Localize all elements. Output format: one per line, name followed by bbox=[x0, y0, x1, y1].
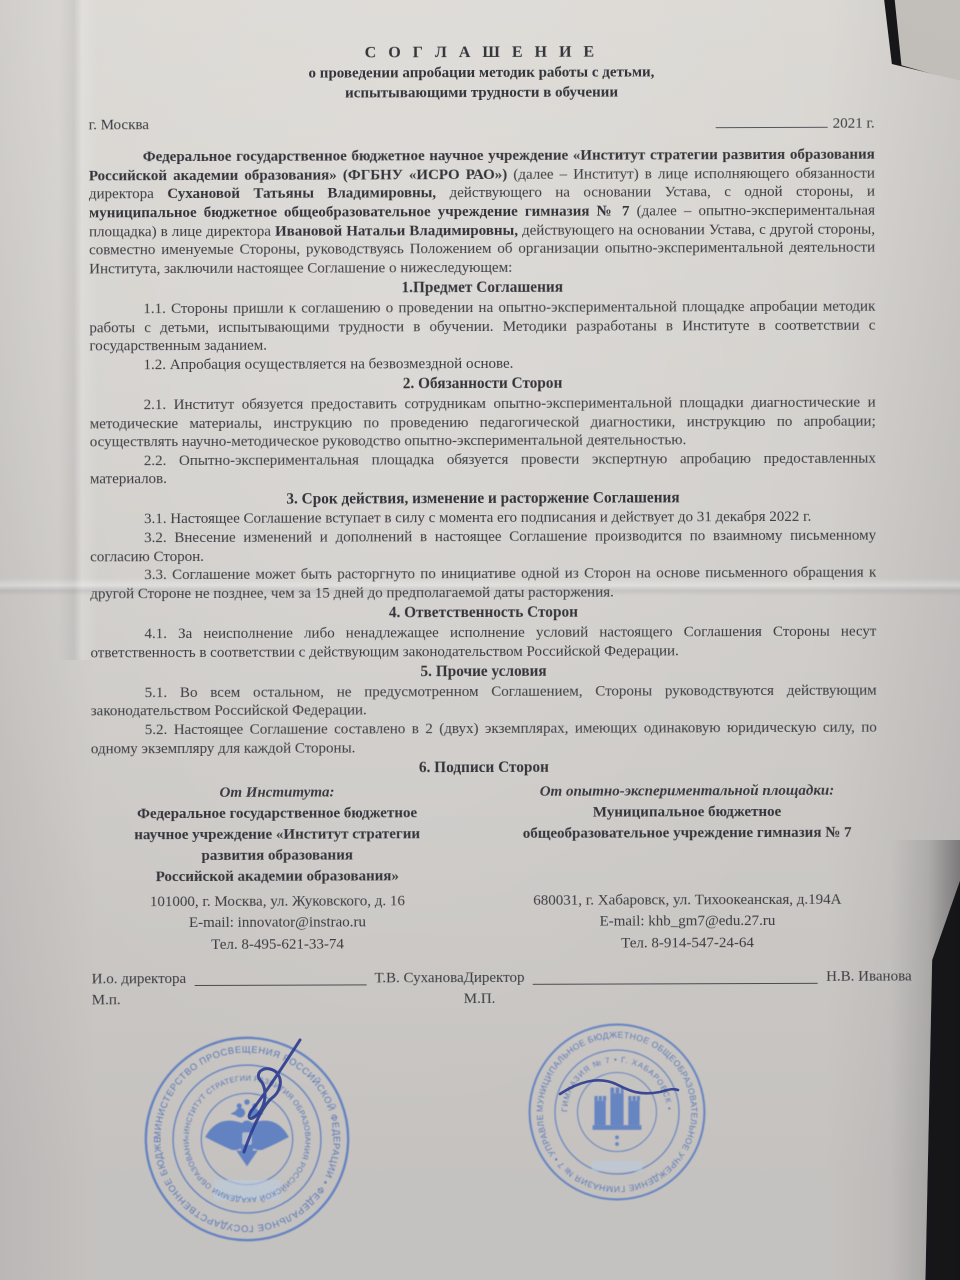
section-heading: 2. Обязанности Сторон bbox=[90, 374, 876, 395]
paragraph: 2.1. Институт обязуется предоставить сот… bbox=[90, 394, 876, 453]
institute-seal-mark: М.п. bbox=[92, 990, 464, 1010]
gymnasium-phone: Тел. 8-914-547-24-64 bbox=[463, 932, 911, 955]
institute-email: E-mail: innovator@instrao.ru bbox=[91, 912, 463, 935]
paragraph: 1.1. Стороны пришли к соглашению о прове… bbox=[89, 298, 875, 357]
document-body: Федеральное государственное бюджетное на… bbox=[89, 146, 877, 779]
place-label: г. Москва bbox=[89, 116, 149, 136]
institute-address: 101000, г. Москва, ул. Жуковского, д. 16 bbox=[91, 891, 463, 914]
section-heading: 6. Подписи Сторон bbox=[91, 758, 877, 779]
gymnasium-signer-role: Директор bbox=[464, 969, 525, 988]
paragraph: 5.2. Настоящее Соглашение составлено в 2… bbox=[91, 719, 877, 759]
section-heading: 3. Срок действия, изменение и расторжени… bbox=[90, 488, 876, 509]
institute-signature-row: И.о. директора Т.В. Суханова bbox=[92, 969, 464, 989]
document-photo: С О Г Л А Ш Е Н И Е о проведении апробац… bbox=[0, 0, 960, 1280]
gymnasium-org-name: Муниципальное бюджетное общеобразователь… bbox=[463, 801, 911, 891]
paragraph: 5.1. Во всем остальном, не предусмотренн… bbox=[91, 681, 877, 721]
gymnasium-seal-mark: М.П. bbox=[464, 988, 912, 1008]
place-date-row: г. Москва 2021 г. bbox=[89, 113, 875, 135]
institute-phone: Тел. 8-495-621-33-74 bbox=[92, 934, 464, 957]
school-seal-icon: МУНИЦИПАЛЬНОЕ БЮДЖЕТНОЕ ОБЩЕОБРАЗОВАТЕЛЬ… bbox=[523, 1018, 711, 1206]
paragraph: 2.2. Опытно-экспериментальная площадка о… bbox=[90, 449, 876, 489]
date-year: 2021 г. bbox=[833, 115, 875, 131]
paragraph: 3.3. Соглашение может быть расторгнуто п… bbox=[90, 564, 876, 604]
paragraph: 3.2. Внесение изменений и дополнений в н… bbox=[90, 527, 876, 567]
institute-org-name: Федеральное государственное бюджетное на… bbox=[91, 803, 463, 892]
gymnasium-address: 680031, г. Хабаровск, ул. Тихоокеанская,… bbox=[463, 889, 911, 912]
section-heading: 5. Прочие условия bbox=[91, 662, 877, 683]
paragraph: 1.2. Апробация осуществляется на безвозм… bbox=[89, 353, 875, 374]
gymnasium-signature-header: От опытно-экспериментальной площадки: bbox=[463, 780, 911, 803]
page-subtitle-2: испытывающими трудности в обучении bbox=[89, 81, 875, 104]
institute-signature-header: От Института: bbox=[91, 782, 463, 804]
paragraph: 4.1. За неисполнение либо ненадлежащее и… bbox=[90, 623, 876, 663]
document-content: С О Г Л А Ш Е Н И Е о проведении апробац… bbox=[0, 0, 960, 1010]
signatures-section: От Института: Федеральное государственно… bbox=[91, 780, 878, 1009]
gymnasium-signature-row: Директор Н.В. Иванова bbox=[464, 968, 912, 988]
double-headed-eagle-icon bbox=[205, 1099, 289, 1166]
signature-line bbox=[194, 972, 366, 986]
paragraph: Федеральное государственное бюджетное на… bbox=[89, 146, 875, 279]
fortress-icon bbox=[593, 1088, 642, 1146]
gymnasium-signer-name: Н.В. Иванова bbox=[826, 968, 912, 987]
institute-seal-icon: МИНИСТЕРСТВО ПРОСВЕЩЕНИЯ РОССИЙСКОЙ ФЕДЕ… bbox=[140, 1032, 354, 1246]
institute-signer-role: И.о. директора bbox=[92, 970, 187, 989]
section-heading: 1.Предмет Соглашения bbox=[89, 278, 875, 299]
gymnasium-email: E-mail: khb_gm7@edu.27.ru bbox=[463, 911, 911, 934]
date-line: 2021 г. bbox=[716, 113, 875, 133]
institute-signer-name: Т.В. Суханова bbox=[375, 969, 464, 988]
section-heading: 4. Ответственность Сторон bbox=[90, 603, 876, 624]
signature-line bbox=[533, 971, 819, 985]
gymnasium-signature-column: От опытно-экспериментальной площадки: Му… bbox=[463, 780, 912, 1008]
page-subtitle-1: о проведении апробации методик работы с … bbox=[88, 61, 874, 84]
date-blank-line bbox=[716, 113, 828, 127]
institute-signature-column: От Института: Федеральное государственно… bbox=[91, 782, 464, 1010]
